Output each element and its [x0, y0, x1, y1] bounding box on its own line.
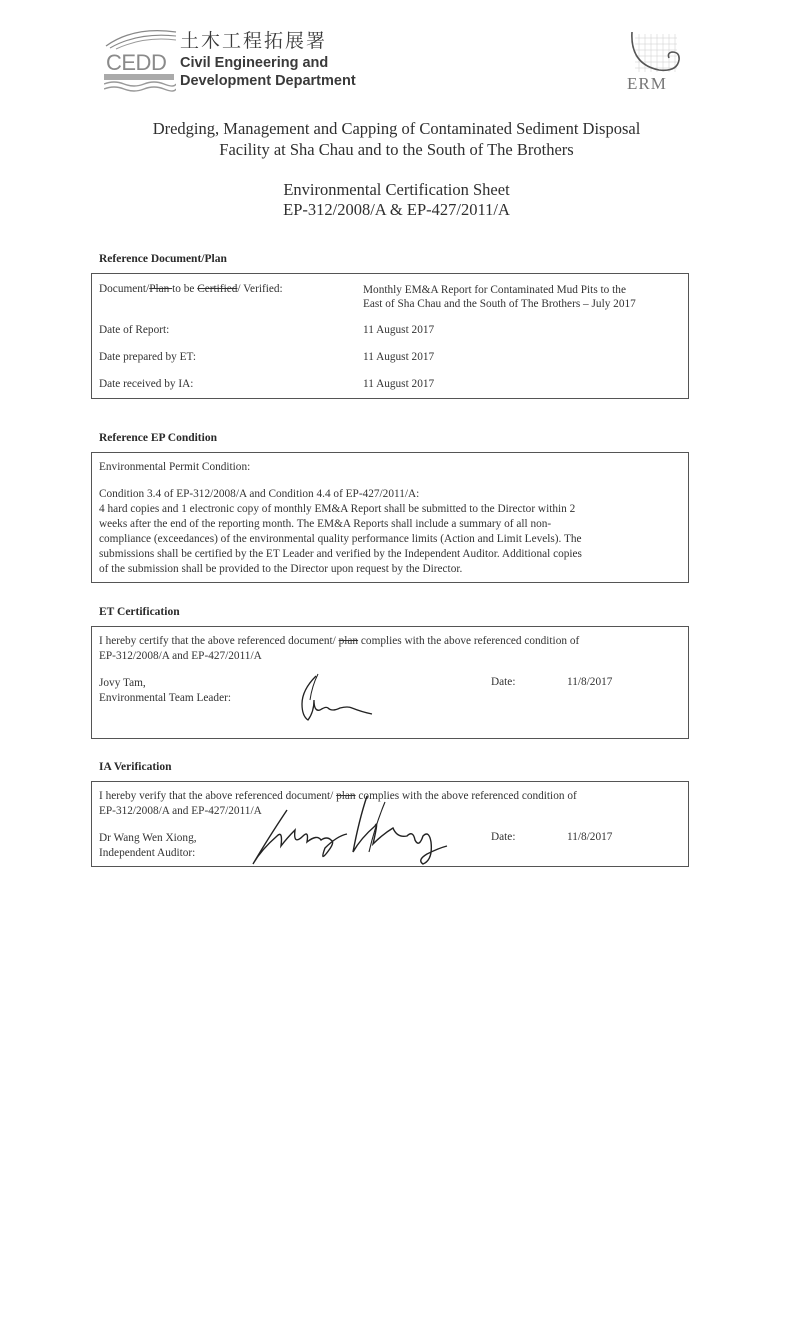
sheet-title: Environmental Certification Sheet EP-312…	[60, 180, 733, 220]
date-prepared-label: Date prepared by ET:	[99, 351, 196, 363]
document-value-line2: East of Sha Chau and the South of The Br…	[363, 297, 636, 311]
ep-body-line: 4 hard copies and 1 electronic copy of m…	[99, 502, 678, 517]
et-date-label: Date:	[491, 676, 515, 688]
ep-body-line: submissions shall be certified by the ET…	[99, 547, 678, 562]
erm-text: ERM	[627, 74, 667, 94]
struck-plan-text: plan	[339, 635, 358, 647]
section-label-ia-verification: IA Verification	[99, 761, 172, 773]
ep-body-line: compliance (exceedances) of the environm…	[99, 532, 678, 547]
cedd-logo: 土木工程拓展署 CEDD Civil Engineering and Devel…	[104, 26, 374, 94]
ep-body-line: of the submission shall be provided to t…	[99, 562, 678, 577]
et-statement-part: I hereby certify that the above referenc…	[99, 635, 339, 647]
permit-numbers: EP-312/2008/A & EP-427/2011/A	[60, 200, 733, 220]
struck-plan-text: Plan	[149, 283, 172, 295]
ep-condition-line: Condition 3.4 of EP-312/2008/A and Condi…	[99, 487, 678, 502]
struck-certified-text: Certified	[197, 283, 237, 295]
cedd-chinese-name: 土木工程拓展署	[180, 26, 327, 53]
erm-spiral-icon	[625, 30, 685, 74]
document-label-part: / Verified:	[237, 283, 282, 295]
document-value-line1: Monthly EM&A Report for Contaminated Mud…	[363, 283, 636, 297]
et-date-value: 11/8/2017	[567, 676, 612, 688]
erm-logo: ERM	[625, 30, 685, 92]
project-title-line2: Facility at Sha Chau and to the South of…	[60, 139, 733, 160]
section-label-reference-document: Reference Document/Plan	[99, 253, 227, 265]
document-label-part: to be	[172, 283, 197, 295]
ep-body-line: weeks after the end of the reporting mon…	[99, 517, 678, 532]
date-received-value: 11 August 2017	[363, 378, 434, 390]
ia-signature-icon	[247, 790, 477, 870]
ia-verification-box: I hereby verify that the above reference…	[91, 781, 689, 867]
cedd-wave-icon	[104, 74, 176, 92]
project-title-line1: Dredging, Management and Capping of Cont…	[60, 118, 733, 139]
et-certification-box: I hereby certify that the above referenc…	[91, 626, 689, 739]
et-statement: I hereby certify that the above referenc…	[99, 634, 678, 649]
sheet-title-text: Environmental Certification Sheet	[60, 180, 733, 200]
document-label-part: Document/	[99, 283, 149, 295]
date-of-report-value: 11 August 2017	[363, 324, 434, 336]
et-signature-icon	[292, 672, 382, 732]
et-signer-role: Environmental Team Leader:	[99, 691, 678, 706]
section-label-reference-ep: Reference EP Condition	[99, 432, 217, 444]
cedd-name-line2: Development Department	[180, 73, 356, 89]
document-value: Monthly EM&A Report for Contaminated Mud…	[363, 283, 636, 311]
section-label-et-certification: ET Certification	[99, 606, 180, 618]
ia-date-value: 11/8/2017	[567, 831, 612, 843]
date-received-label: Date received by IA:	[99, 378, 193, 390]
project-title: Dredging, Management and Capping of Cont…	[60, 118, 733, 160]
date-of-report-label: Date of Report:	[99, 324, 169, 336]
ep-heading: Environmental Permit Condition:	[99, 460, 678, 475]
ia-date-label: Date:	[491, 831, 515, 843]
cedd-arc-icon	[104, 26, 179, 50]
document-label: Document/Plan to be Certified/ Verified:	[99, 283, 283, 295]
reference-ep-box: Environmental Permit Condition: Conditio…	[91, 452, 689, 583]
cedd-name-line1: Civil Engineering and	[180, 55, 328, 71]
reference-document-box: Document/Plan to be Certified/ Verified:…	[91, 273, 689, 399]
et-statement-line2: EP-312/2008/A and EP-427/2011/A	[99, 649, 678, 664]
date-prepared-value: 11 August 2017	[363, 351, 434, 363]
et-statement-part: complies with the above referenced condi…	[358, 635, 579, 647]
cedd-abbreviation: CEDD	[106, 50, 166, 76]
